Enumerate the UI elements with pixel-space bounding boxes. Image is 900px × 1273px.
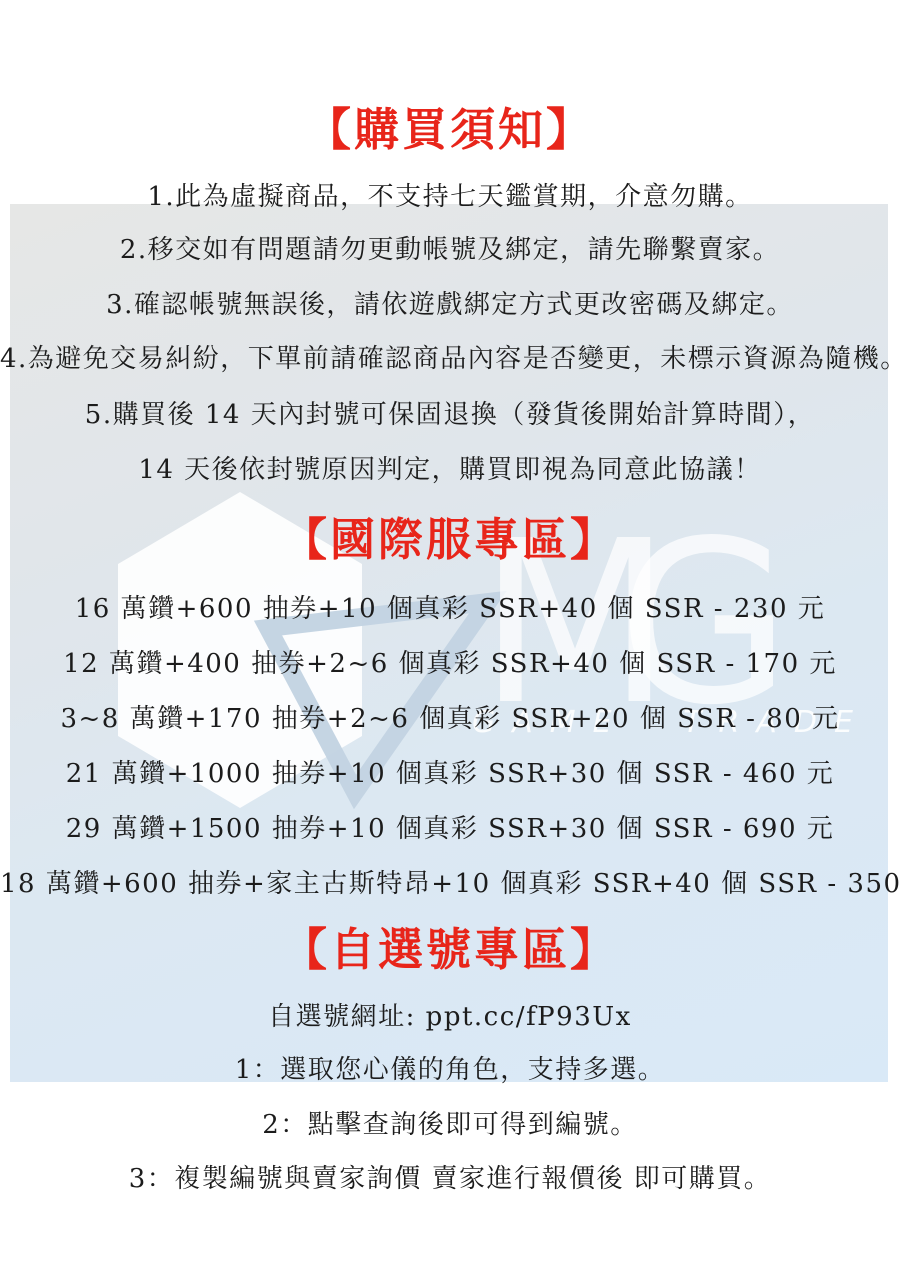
notice-poster: MG GAME TRADE 【購買須知】 1.此為虛擬商品，不支持七天鑑賞期，介…: [0, 0, 900, 1273]
price-line-4: 21 萬鑽+1000 抽券+10 個真彩 SSR+30 個 SSR - 460 …: [0, 753, 900, 790]
price-line-5: 29 萬鑽+1500 抽券+10 個真彩 SSR+30 個 SSR - 690 …: [0, 808, 900, 845]
section-title-international-server: 【國際服專區】: [0, 503, 900, 568]
notice-line-3: 3.確認帳號無誤後，請依遊戲綁定方式更改密碼及綁定。: [0, 284, 900, 321]
price-line-3: 3~8 萬鑽+170 抽券+2~6 個真彩 SSR+20 個 SSR - 80 …: [0, 698, 900, 735]
notice-line-6: 14 天後依封號原因判定，購買即視為同意此協議！: [0, 449, 900, 486]
price-line-2: 12 萬鑽+400 抽券+2~6 個真彩 SSR+40 個 SSR - 170 …: [0, 643, 900, 680]
notice-line-2: 2.移交如有問題請勿更動帳號及綁定，請先聯繫賣家。: [0, 229, 900, 266]
notice-line-4: 4.為避免交易糾紛，下單前請確認商品內容是否變更，未標示資源為隨機。: [0, 338, 900, 375]
section-title-self-pick: 【自選號專區】: [0, 913, 900, 978]
notice-line-1: 1.此為虛擬商品，不支持七天鑑賞期，介意勿購。: [0, 176, 900, 213]
step-line-2: 2：點擊查詢後即可得到編號。: [0, 1104, 900, 1141]
section-title-purchase-notice: 【購買須知】: [0, 93, 900, 158]
self-pick-url-line: 自選號網址: ppt.cc/fP93Ux: [0, 996, 900, 1033]
notice-line-5: 5.購買後 14 天內封號可保固退換（發貨後開始計算時間），: [0, 394, 900, 431]
step-line-1: 1：選取您心儀的角色，支持多選。: [0, 1049, 900, 1086]
price-line-1: 16 萬鑽+600 抽券+10 個真彩 SSR+40 個 SSR - 230 元: [0, 588, 900, 625]
price-line-6: 18 萬鑽+600 抽券+家主古斯特昂+10 個真彩 SSR+40 個 SSR …: [0, 863, 900, 900]
step-line-3: 3：複製編號與賣家詢價 賣家進行報價後 即可購買。: [0, 1158, 900, 1195]
